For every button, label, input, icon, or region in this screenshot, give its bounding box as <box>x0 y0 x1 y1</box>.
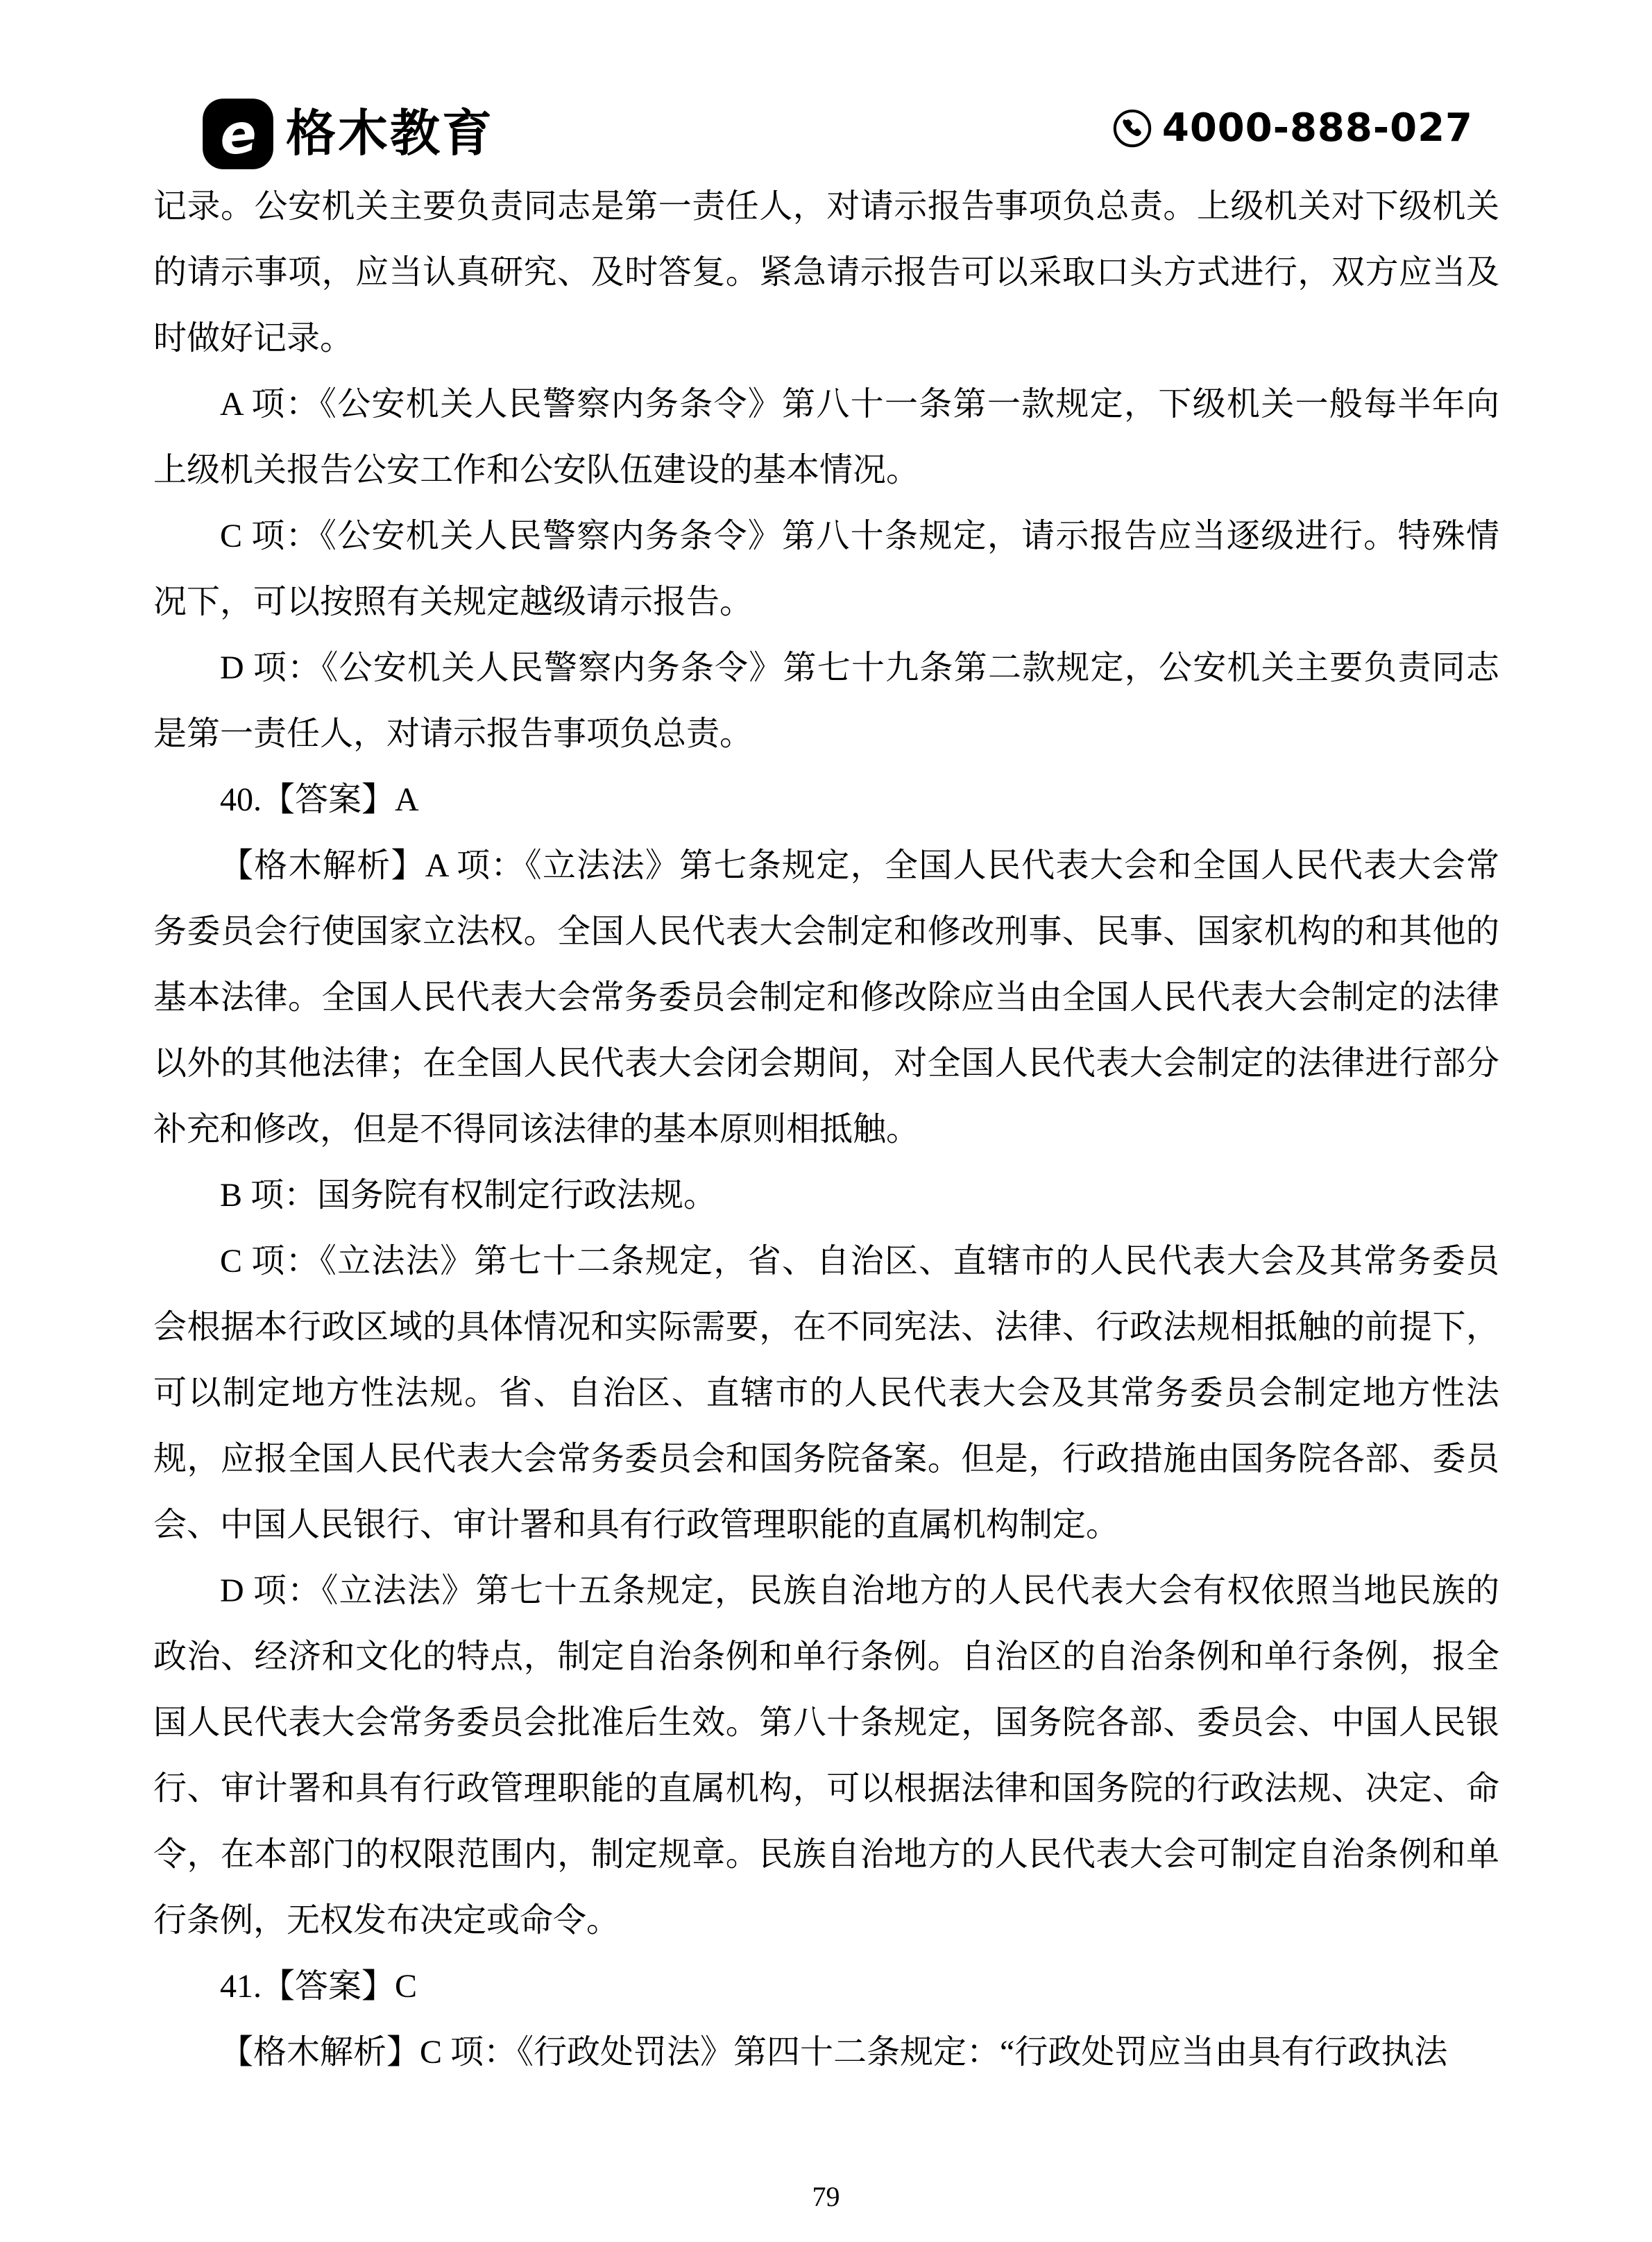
answer-41: 41.【答案】C <box>153 1953 1499 2019</box>
analysis-40-option-a: 【格木解析】A 项：《立法法》第七条规定，全国人民代表大会和全国人民代表大会常务… <box>153 833 1499 1162</box>
analysis-41-option-c: 【格木解析】C 项：《行政处罚法》第四十二条规定：“行政处罚应当由具有行政执法 <box>153 2019 1499 2085</box>
paragraph-continuation: 记录。公安机关主要负责同志是第一责任人，对请示报告事项负总责。上级机关对下级机关… <box>153 173 1499 371</box>
analysis-40-option-d: D 项：《立法法》第七十五条规定，民族自治地方的人民代表大会有权依照当地民族的政… <box>153 1558 1499 1953</box>
brand-logo-icon: e <box>201 97 275 171</box>
contact-phone: 4000-888-027 <box>1112 105 1473 151</box>
phone-icon <box>1112 108 1152 148</box>
analysis-40-option-c: C 项：《立法法》第七十二条规定，省、自治区、直辖市的人民代表大会及其常务委员会… <box>153 1228 1499 1558</box>
analysis-40-option-b: B 项：国务院有权制定行政法规。 <box>153 1162 1499 1228</box>
paragraph-option-c: C 项：《公安机关人民警察内务条令》第八十条规定，请示报告应当逐级进行。特殊情况… <box>153 503 1499 635</box>
paragraph-option-a: A 项：《公安机关人民警察内务条令》第八十一条第一款规定，下级机关一般每半年向上… <box>153 371 1499 503</box>
answer-40: 40.【答案】A <box>153 767 1499 833</box>
brand-name: 格木教育 <box>286 97 494 171</box>
brand-logo: e 格木教育 <box>201 97 494 171</box>
phone-number: 4000-888-027 <box>1162 105 1473 151</box>
document-page: e 格木教育 4000-888-027 记录。公安机关主要负责同志是第一责任人，… <box>0 0 1652 2242</box>
brand-logo-glyph: e <box>216 101 259 168</box>
paragraph-option-d: D 项：《公安机关人民警察内务条令》第七十九条第二款规定，公安机关主要负责同志是… <box>153 635 1499 767</box>
page-number: 79 <box>0 2180 1652 2213</box>
answer-explanations: 记录。公安机关主要负责同志是第一责任人，对请示报告事项负总责。上级机关对下级机关… <box>153 173 1499 2085</box>
